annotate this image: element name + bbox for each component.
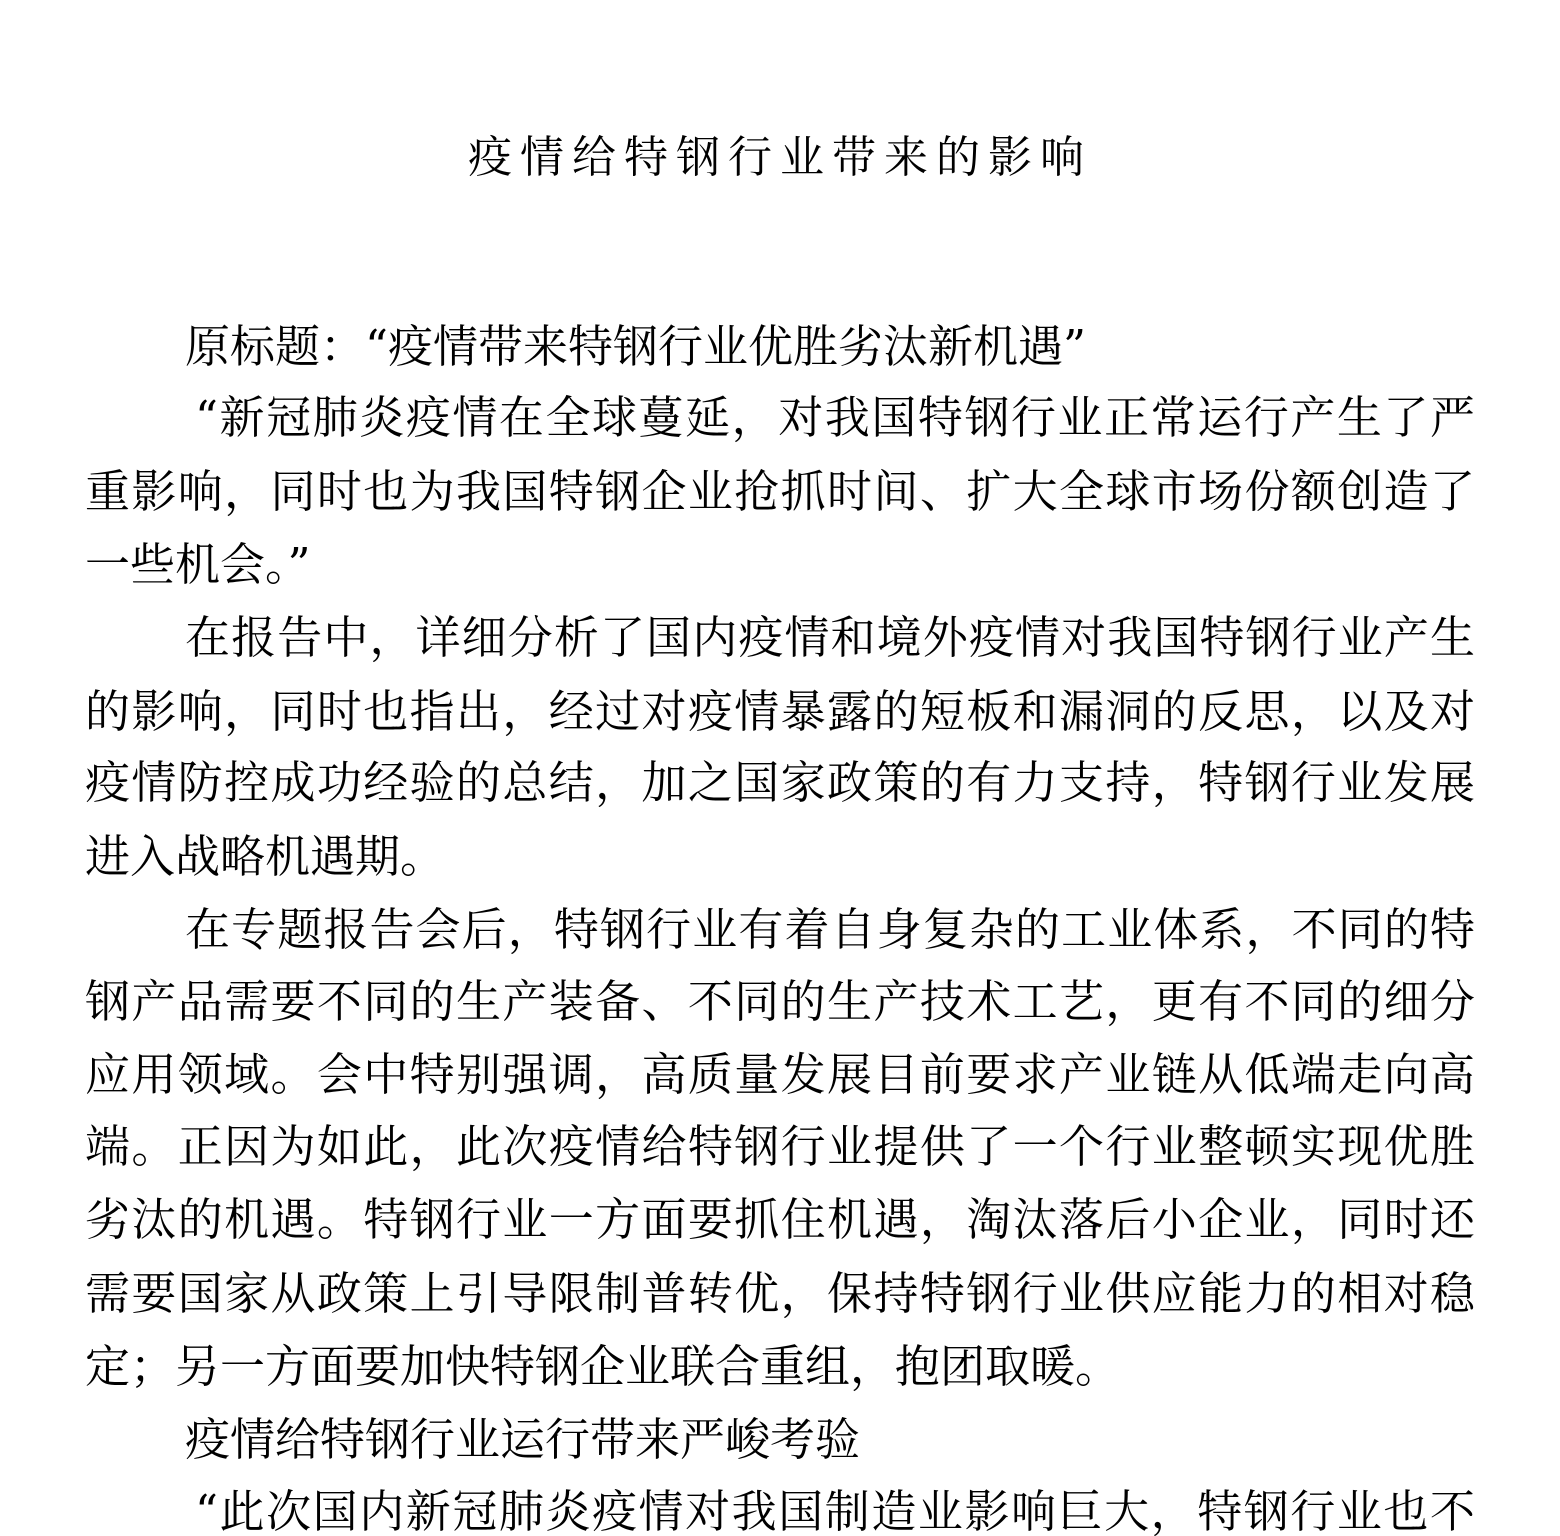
- text-line: 进入战略机遇期。: [85, 829, 1475, 885]
- text-line: 在专题报告会后，特钢行业有着自身复杂的工业体系，不同的特: [185, 902, 1475, 958]
- text-line: “新冠肺炎疫情在全球蔓延，对我国特钢行业正常运行产生了严: [195, 390, 1475, 446]
- document-page: 疫情给特钢行业带来的影响 原标题：“疫情带来特钢行业优胜劣汰新机遇” “新冠肺炎…: [0, 0, 1560, 1536]
- text-line: 需要国家从政策上引导限制普转优，保持特钢行业供应能力的相对稳: [85, 1266, 1475, 1322]
- text-line: 的影响，同时也指出，经过对疫情暴露的短板和漏洞的反思，以及对: [85, 684, 1475, 740]
- text-line: “此次国内新冠肺炎疫情对我国制造业影响巨大，特钢行业也不: [195, 1484, 1475, 1536]
- document-title: 疫情给特钢行业带来的影响: [0, 130, 1560, 186]
- text-line: 端。正因为如此，此次疫情给特钢行业提供了一个行业整顿实现优胜: [85, 1119, 1475, 1175]
- section-heading: 疫情给特钢行业运行带来严峻考验: [185, 1412, 1475, 1468]
- text-line: 应用领域。会中特别强调，高质量发展目前要求产业链从低端走向高: [85, 1047, 1475, 1103]
- text-line: 钢产品需要不同的生产装备、不同的生产技术工艺，更有不同的细分: [85, 974, 1475, 1030]
- text-line: 劣汰的机遇。特钢行业一方面要抓住机遇，淘汰落后小企业，同时还: [85, 1192, 1475, 1248]
- text-line: 定；另一方面要加快特钢企业联合重组，抱团取暖。: [85, 1339, 1475, 1395]
- text-line: 在报告中，详细分析了国内疫情和境外疫情对我国特钢行业产生: [185, 610, 1475, 666]
- text-line: 疫情防控成功经验的总结，加之国家政策的有力支持，特钢行业发展: [85, 755, 1475, 811]
- text-line: 原标题：“疫情带来特钢行业优胜劣汰新机遇”: [185, 319, 1475, 375]
- text-line: 一些机会。”: [85, 537, 1475, 593]
- text-line: 重影响，同时也为我国特钢企业抢抓时间、扩大全球市场份额创造了: [85, 464, 1475, 520]
